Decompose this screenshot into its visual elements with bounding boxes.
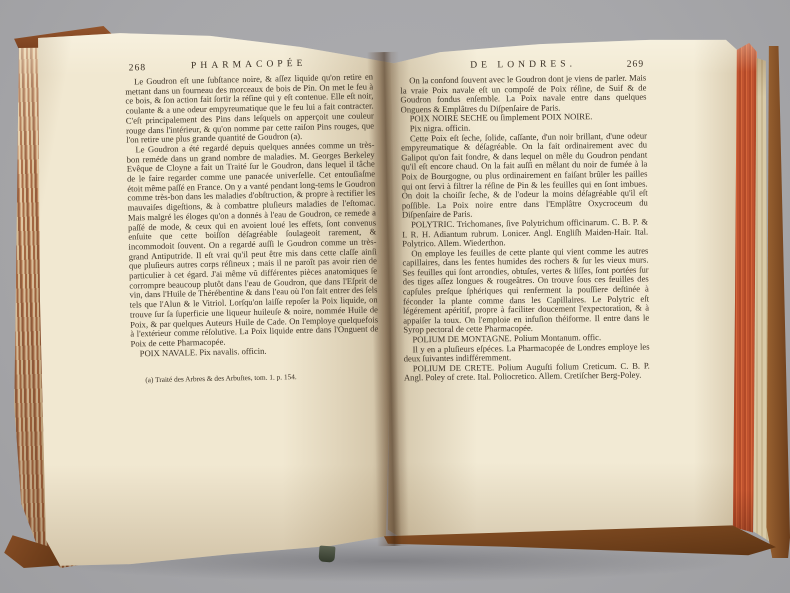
left-page-text: 268 PHARMACOPÉE Le Goudron eſt une ſubſt… xyxy=(125,57,380,385)
right-running-title: DE LONDRES. xyxy=(470,58,576,70)
paragraph: On employe les feuilles de cette plante … xyxy=(402,246,649,335)
left-running-title: PHARMACOPÉE xyxy=(191,58,307,71)
section-heading: POLYTRIC. Trichomanes, ſive Polytrichum … xyxy=(402,217,648,249)
right-page-text: DE LONDRES. 269 On la confond ſouvent av… xyxy=(400,59,650,384)
book-stand-clip xyxy=(318,545,335,562)
paragraph: Le Goudron eſt une ſubſtance noire, & aſ… xyxy=(125,72,374,145)
right-page-number: 269 xyxy=(627,60,645,70)
paragraph: Cette Poix eſt ſeche, ſolide, caſſante, … xyxy=(401,131,648,220)
section-heading: POLIUM DE CRETE. Polium Auguſti folium C… xyxy=(404,361,650,383)
paragraph: Le Goudron a été regardé depuis quelques… xyxy=(126,140,378,349)
leather-cover-edge-right xyxy=(766,46,790,558)
left-page-number: 268 xyxy=(129,63,147,73)
paragraph: On la confond ſouvent avec le Goudron do… xyxy=(400,74,646,115)
book-photo: 268 PHARMACOPÉE Le Goudron eſt une ſubſt… xyxy=(0,0,790,593)
